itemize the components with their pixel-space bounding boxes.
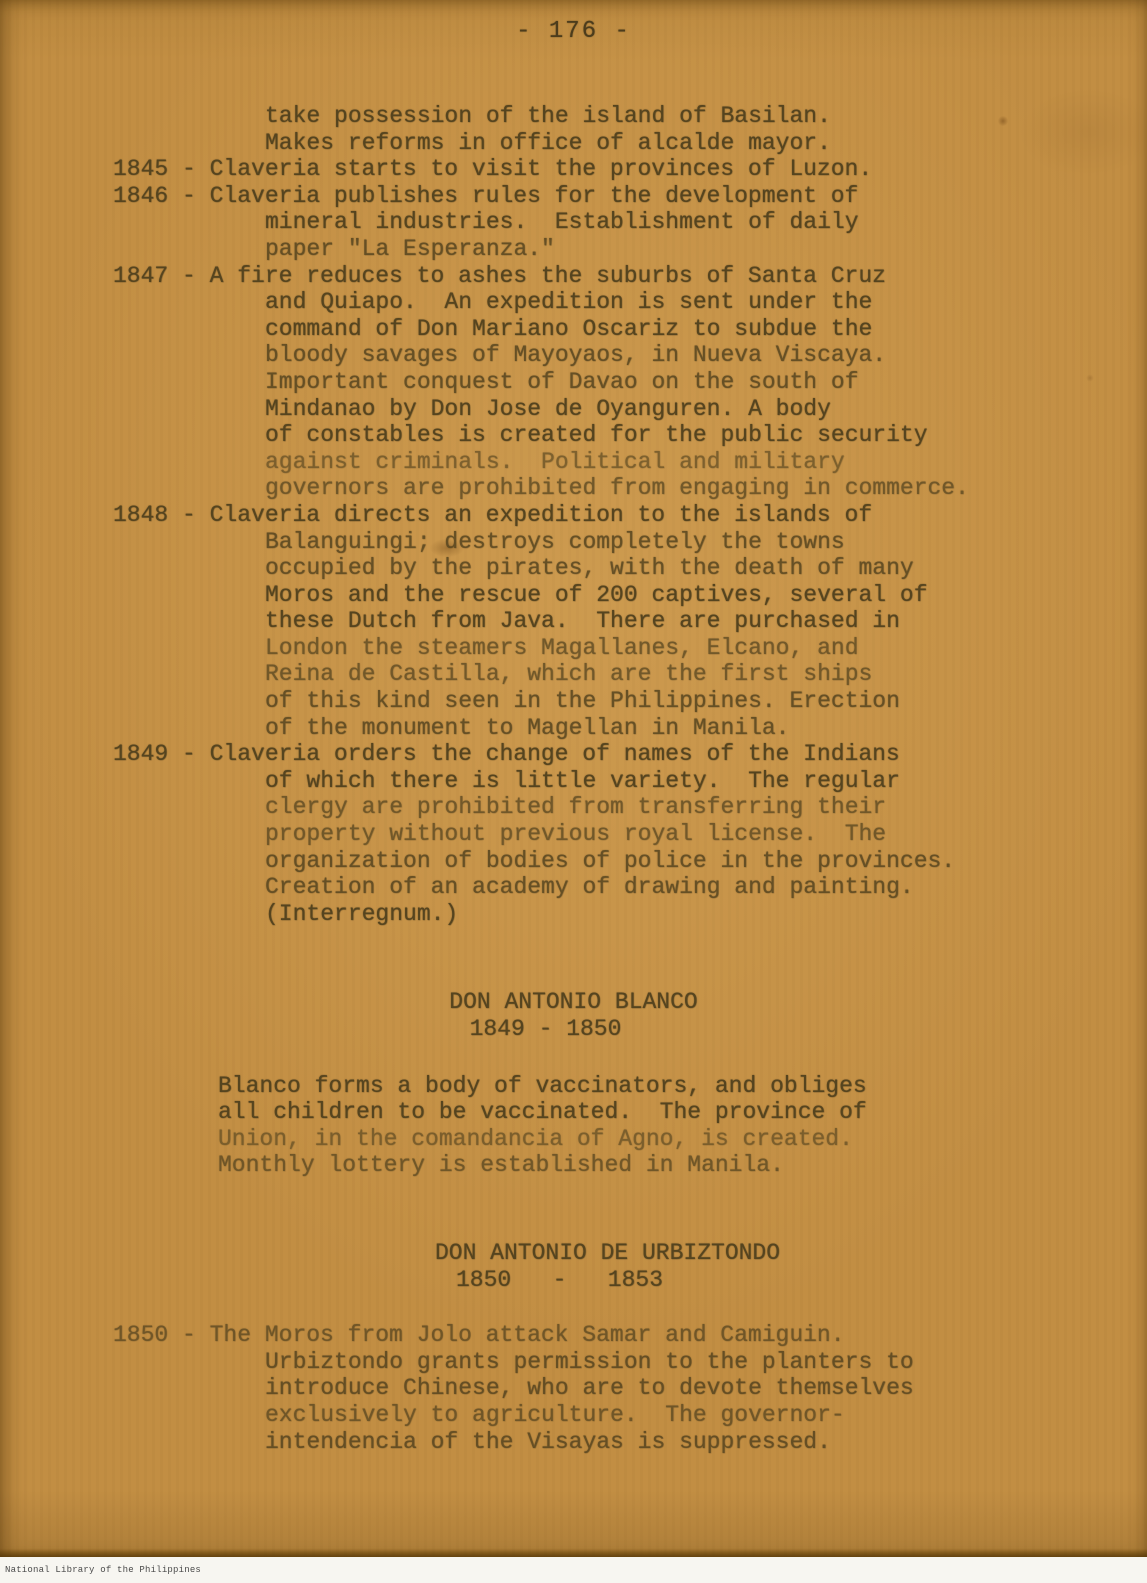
timeline-entry: 1849-Claveria orders the change of names…	[0, 741, 1147, 768]
entry-text: Claveria directs an expedition to the is…	[210, 502, 873, 528]
entry-continuation-line: of constables is created for the public …	[0, 422, 1147, 449]
page-number: - 176 -	[0, 18, 1147, 45]
carryover-line: Makes reforms in office of alcalde mayor…	[0, 130, 1147, 157]
paragraph-line: Blanco forms a body of vaccinators, and …	[0, 1073, 1147, 1100]
entry-dash: -	[182, 1322, 196, 1348]
timeline-entry: 1845-Claveria starts to visit the provin…	[0, 156, 1147, 183]
entry-year: 1848	[113, 502, 168, 528]
entry-continuation-line: paper "La Esperanza."	[0, 236, 1147, 263]
governor-name-heading: DON ANTONIO DE URBIZTONDO	[34, 1240, 1147, 1267]
entry-text: A fire reduces to ashes the suburbs of S…	[210, 263, 886, 289]
entry-continuation-line: intendencia of the Visayas is suppressed…	[0, 1429, 1147, 1456]
entry-year: 1847	[113, 263, 168, 289]
paragraph-line: Monthly lottery is established in Manila…	[0, 1152, 1147, 1179]
entry-continuation-line: introduce Chinese, who are to devote the…	[0, 1375, 1147, 1402]
entry-year: 1850	[113, 1322, 168, 1348]
paragraph-line: Union, in the comandancia of Agno, is cr…	[0, 1126, 1147, 1153]
entry-dash: -	[182, 183, 196, 209]
paragraph-line: all children to be vaccinated. The provi…	[0, 1099, 1147, 1126]
entry-continuation-line: exclusively to agriculture. The governor…	[0, 1402, 1147, 1429]
carryover-line: take possession of the island of Basilan…	[0, 103, 1147, 130]
paper-page: - 176 - take possession of the island of…	[0, 0, 1147, 1557]
entry-continuation-line: mineral industries. Establishment of dai…	[0, 209, 1147, 236]
footer-bar: National Library of the Philippines	[0, 1557, 1147, 1583]
entry-continuation-line: bloody savages of Mayoyaos, in Nueva Vis…	[0, 342, 1147, 369]
entry-year: 1849	[113, 741, 168, 767]
timeline-entry: 1848-Claveria directs an expedition to t…	[0, 502, 1147, 529]
entry-text: Claveria orders the change of names of t…	[210, 741, 900, 767]
entry-dash: -	[182, 156, 196, 182]
entry-continuation-line: of the monument to Magellan in Manila.	[0, 715, 1147, 742]
entry-year: 1846	[113, 183, 168, 209]
entry-continuation-line: governors are prohibited from engaging i…	[0, 475, 1147, 502]
entry-continuation-line: Reina de Castilla, which are the first s…	[0, 661, 1147, 688]
scanned-page: - 176 - take possession of the island of…	[0, 0, 1147, 1583]
entry-dash: -	[182, 263, 196, 289]
timeline-entry: 1850-The Moros from Jolo attack Samar an…	[0, 1322, 1147, 1349]
entry-continuation-line: and Quiapo. An expedition is sent under …	[0, 289, 1147, 316]
governor-term-years: 1850 - 1853	[0, 1267, 1133, 1294]
governor-name-heading: DON ANTONIO BLANCO	[0, 989, 1147, 1016]
entry-continuation-line: property without previous royal license.…	[0, 821, 1147, 848]
entry-text: The Moros from Jolo attack Samar and Cam…	[210, 1322, 845, 1348]
entry-continuation-line: of which there is little variety. The re…	[0, 768, 1147, 795]
entry-text: Claveria starts to visit the provinces o…	[210, 156, 873, 182]
timeline-entry: 1846-Claveria publishes rules for the de…	[0, 183, 1147, 210]
entry-continuation-line: occupied by the pirates, with the death …	[0, 555, 1147, 582]
entry-continuation-line: (Interregnum.)	[0, 901, 1147, 928]
entry-continuation-line: London the steamers Magallanes, Elcano, …	[0, 635, 1147, 662]
entry-text: Claveria publishes rules for the develop…	[210, 183, 859, 209]
entry-continuation-line: Moros and the rescue of 200 captives, se…	[0, 582, 1147, 609]
timeline-entry: 1847-A fire reduces to ashes the suburbs…	[0, 263, 1147, 290]
entry-continuation-line: against criminals. Political and militar…	[0, 449, 1147, 476]
entry-dash: -	[182, 502, 196, 528]
entry-year: 1845	[113, 156, 168, 182]
entry-continuation-line: Creation of an academy of drawing and pa…	[0, 874, 1147, 901]
entry-continuation-line: of this kind seen in the Philippines. Er…	[0, 688, 1147, 715]
entry-continuation-line: Balanguingi; destroys completely the tow…	[0, 529, 1147, 556]
library-credit: National Library of the Philippines	[5, 1565, 201, 1575]
entry-continuation-line: these Dutch from Java. There are purchas…	[0, 608, 1147, 635]
governor-term-years: 1849 - 1850	[0, 1016, 1119, 1043]
entry-continuation-line: organization of bodies of police in the …	[0, 848, 1147, 875]
entry-continuation-line: clergy are prohibited from transferring …	[0, 794, 1147, 821]
page-bottom-edge-shadow	[0, 1549, 1147, 1557]
entry-continuation-line: Urbiztondo grants permission to the plan…	[0, 1349, 1147, 1376]
entry-continuation-line: Mindanao by Don Jose de Oyanguren. A bod…	[0, 396, 1147, 423]
entry-continuation-line: command of Don Mariano Oscariz to subdue…	[0, 316, 1147, 343]
entry-dash: -	[182, 741, 196, 767]
entry-continuation-line: Important conquest of Davao on the south…	[0, 369, 1147, 396]
timeline-content: take possession of the island of Basilan…	[0, 103, 1147, 1455]
